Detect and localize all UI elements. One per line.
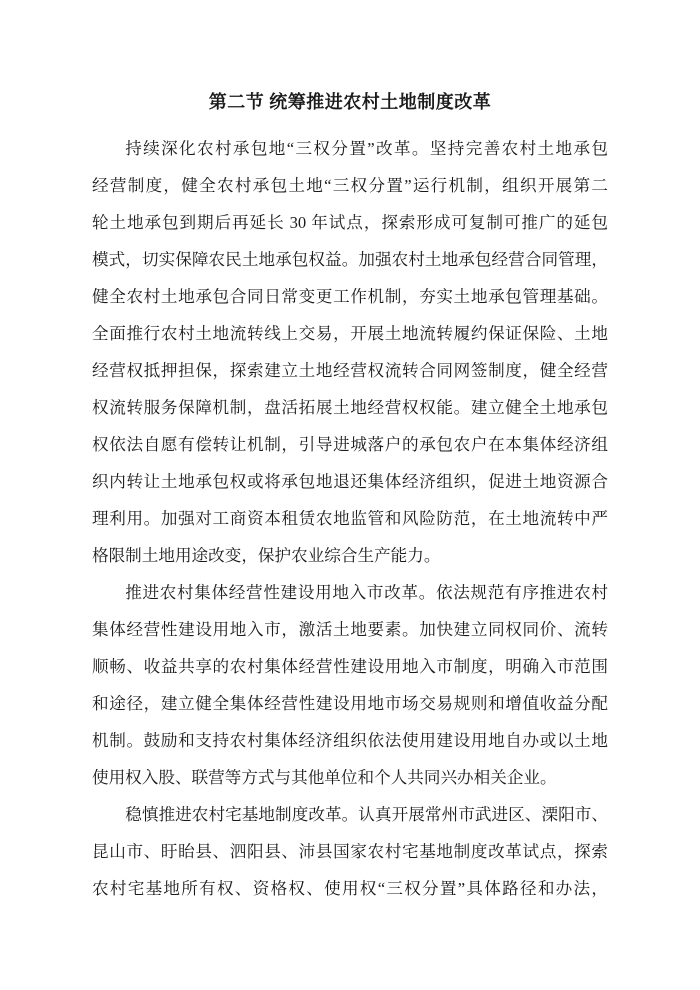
text-line: 顺畅、收益共享的农村集体经营性建设用地入市制度，明确入市范围 <box>92 648 608 685</box>
text-line: 全面推行农村土地流转线上交易，开展土地流转履约保证保险、土地 <box>92 315 608 352</box>
text-line: 持续深化农村承包地“三权分置”改革。坚持完善农村土地承包 <box>92 130 608 167</box>
text-line: 和途径，建立健全集体经营性建设用地市场交易规则和增值收益分配 <box>92 685 608 722</box>
text-line: 权流转服务保障机制，盘活拓展土地经营权权能。建立健全土地承包 <box>92 389 608 426</box>
paragraph-2: 推进农村集体经营性建设用地入市改革。依法规范有序推进农村 集体经营性建设用地入市… <box>92 574 608 796</box>
section-title: 第二节 统筹推进农村土地制度改革 <box>0 88 700 114</box>
text-line: 机制。鼓励和支持农村集体经济组织依法使用建设用地自办或以土地 <box>92 722 608 759</box>
text-line: 轮土地承包到期后再延长 30 年试点，探索形成可复制可推广的延包 <box>92 204 608 241</box>
text-line: 健全农村土地承包合同日常变更工作机制，夯实土地承包管理基础。 <box>92 278 608 315</box>
text-line: 模式，切实保障农民土地承包权益。加强农村土地承包经营合同管理， <box>92 241 608 278</box>
document-body: 持续深化农村承包地“三权分置”改革。坚持完善农村土地承包 经营制度，健全农村承包… <box>92 130 608 907</box>
paragraph-3: 稳慎推进农村宅基地制度改革。认真开展常州市武进区、溧阳市、 昆山市、盱眙县、泗阳… <box>92 796 608 907</box>
paragraph-1: 持续深化农村承包地“三权分置”改革。坚持完善农村土地承包 经营制度，健全农村承包… <box>92 130 608 574</box>
text-line: 经营权抵押担保，探索建立土地经营权流转合同网签制度，健全经营 <box>92 352 608 389</box>
text-line: 昆山市、盱眙县、泗阳县、沛县国家农村宅基地制度改革试点，探索 <box>92 833 608 870</box>
document-page: 第二节 统筹推进农村土地制度改革 持续深化农村承包地“三权分置”改革。坚持完善农… <box>0 0 700 990</box>
text-line: 集体经营性建设用地入市，激活土地要素。加快建立同权同价、流转 <box>92 611 608 648</box>
text-line: 织内转让土地承包权或将承包地退还集体经济组织，促进土地资源合 <box>92 463 608 500</box>
text-line: 推进农村集体经营性建设用地入市改革。依法规范有序推进农村 <box>92 574 608 611</box>
text-line: 稳慎推进农村宅基地制度改革。认真开展常州市武进区、溧阳市、 <box>92 796 608 833</box>
text-line: 使用权入股、联营等方式与其他单位和个人共同兴办相关企业。 <box>92 759 608 796</box>
text-line: 格限制土地用途改变，保护农业综合生产能力。 <box>92 537 608 574</box>
text-line: 经营制度，健全农村承包土地“三权分置”运行机制，组织开展第二 <box>92 167 608 204</box>
text-line: 权依法自愿有偿转让机制，引导进城落户的承包农户在本集体经济组 <box>92 426 608 463</box>
text-line: 理利用。加强对工商资本租赁农地监管和风险防范，在土地流转中严 <box>92 500 608 537</box>
text-line: 农村宅基地所有权、资格权、使用权“三权分置”具体路径和办法， <box>92 870 608 907</box>
